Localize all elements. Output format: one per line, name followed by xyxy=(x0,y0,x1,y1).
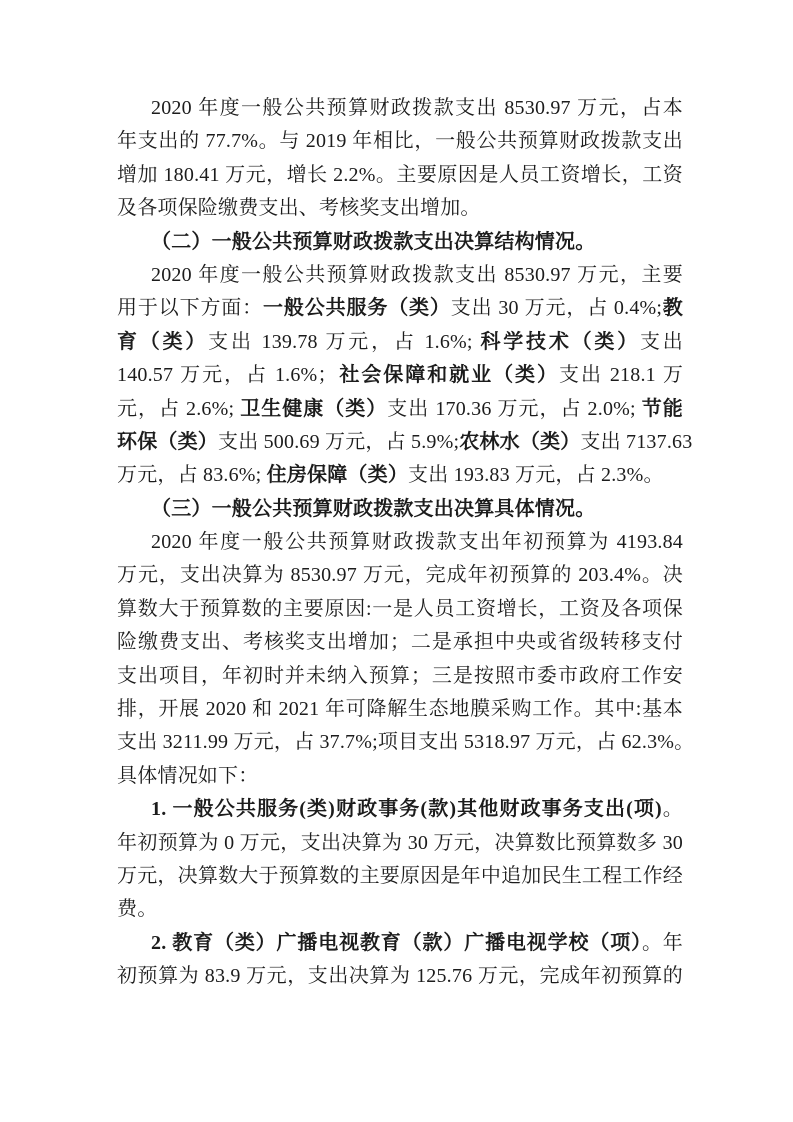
text-line: 算数大于预算数的主要原因:一是人员工资增长，工资及各项保 xyxy=(117,593,683,626)
text-line: 2. 教育（类）广播电视教育（款）广播电视学校（项）。年 xyxy=(117,927,683,960)
text-segment: 支出 xyxy=(640,331,683,353)
text-line: 增加 180.41 万元，增长 2.2%。主要原因是人员工资增长，工资 xyxy=(117,159,683,192)
text-segment: 支出 3211.99 万元，占 37.7%;项目支出 5318.97 万元，占 … xyxy=(117,731,694,753)
bold-text-segment: 农林水（类） xyxy=(459,431,580,453)
text-line: 万元，占 83.6%; 住房保障（类）支出 193.83 万元，占 2.3%。 xyxy=(117,459,683,492)
bold-text-segment: 2. 教育（类）广播电视教育（款）广播电视学校（项） xyxy=(151,932,642,954)
bold-text-segment: 节能 xyxy=(642,398,683,420)
text-line: 排，开展 2020 和 2021 年可降解生态地膜采购工作。其中:基本 xyxy=(117,693,683,726)
text-segment: 2020 年度一般公共预算财政拨款支出 8530.97 万元，占本 xyxy=(151,97,683,119)
text-segment: 2020 年度一般公共预算财政拨款支出年初预算为 4193.84 xyxy=(151,531,683,553)
text-segment: 年初预算为 0 万元，支出决算为 30 万元，决算数比预算数多 30 xyxy=(117,832,683,854)
text-segment: 支出 500.69 万元，占 5.9%; xyxy=(218,431,459,453)
text-line: 万元，决算数大于预算数的主要原因是年中追加民生工程工作经 xyxy=(117,860,683,893)
text-segment: 及各项保险缴费支出、考核奖支出增加。 xyxy=(117,197,481,219)
bold-text-segment: 卫生健康（类） xyxy=(240,398,387,420)
text-line: 万元，支出决算为 8530.97 万元，完成年初预算的 203.4%。决 xyxy=(117,559,683,592)
text-line: 2020 年度一般公共预算财政拨款支出年初预算为 4193.84 xyxy=(117,526,683,559)
text-line: 及各项保险缴费支出、考核奖支出增加。 xyxy=(117,192,683,225)
text-segment: 具体情况如下： xyxy=(117,765,258,787)
text-segment: 用于以下方面： xyxy=(117,297,263,319)
text-segment: 140.57 万元，占 1.6%； xyxy=(117,364,338,386)
text-line: 支出项目，年初时并未纳入预算；三是按照市委市政府工作安 xyxy=(117,660,683,693)
text-line: 险缴费支出、考核奖支出增加；二是承担中央或省级转移支付 xyxy=(117,626,683,659)
text-segment: 2020 年度一般公共预算财政拨款支出 8530.97 万元，主要 xyxy=(151,264,683,286)
text-segment: 支出 30 万元，占 0.4%; xyxy=(451,297,662,319)
text-segment: 万元，决算数大于预算数的主要原因是年中追加民生工程工作经 xyxy=(117,865,683,887)
text-line: 元，占 2.6%; 卫生健康（类）支出 170.36 万元，占 2.0%; 节能 xyxy=(117,393,683,426)
document-text-block: 2020 年度一般公共预算财政拨款支出 8530.97 万元，占本年支出的 77… xyxy=(117,92,683,994)
text-line: （三）一般公共预算财政拨款支出决算具体情况。 xyxy=(117,493,683,526)
bold-text-segment: 1. 一般公共服务(类)财政事务(款)其他财政事务支出(项) xyxy=(151,798,662,820)
text-segment: 支出 139.78 万元，占 1.6%; xyxy=(208,331,480,353)
bold-text-segment: 育（类） xyxy=(117,331,208,353)
text-line: 140.57 万元，占 1.6%；社会保障和就业（类）支出 218.1 万 xyxy=(117,359,683,392)
text-segment: 险缴费支出、考核奖支出增加；二是承担中央或省级转移支付 xyxy=(117,631,683,653)
text-line: 用于以下方面：一般公共服务（类）支出 30 万元，占 0.4%;教 xyxy=(117,292,683,325)
text-segment: 支出 218.1 万 xyxy=(559,364,683,386)
text-segment: 排，开展 2020 和 2021 年可降解生态地膜采购工作。其中:基本 xyxy=(117,698,683,720)
text-segment: 支出 7137.63 xyxy=(580,431,692,453)
document-page: 2020 年度一般公共预算财政拨款支出 8530.97 万元，占本年支出的 77… xyxy=(0,0,793,1122)
text-segment: 支出 170.36 万元，占 2.0%; xyxy=(387,398,641,420)
text-line: 育（类）支出 139.78 万元，占 1.6%; 科学技术（类）支出 xyxy=(117,326,683,359)
text-segment: 初预算为 83.9 万元，支出决算为 125.76 万元，完成年初预算的 xyxy=(117,965,683,987)
bold-text-segment: 住房保障（类） xyxy=(267,464,408,486)
text-line: 年初预算为 0 万元，支出决算为 30 万元，决算数比预算数多 30 xyxy=(117,827,683,860)
bold-text-segment: 教 xyxy=(662,297,683,319)
text-line: 具体情况如下： xyxy=(117,760,683,793)
bold-text-segment: 环保（类） xyxy=(117,431,218,453)
text-segment: 。 xyxy=(662,798,683,820)
text-line: 支出 3211.99 万元，占 37.7%;项目支出 5318.97 万元，占 … xyxy=(117,726,683,759)
text-line: 1. 一般公共服务(类)财政事务(款)其他财政事务支出(项)。 xyxy=(117,793,683,826)
text-segment: 算数大于预算数的主要原因:一是人员工资增长，工资及各项保 xyxy=(117,598,683,620)
text-line: 初预算为 83.9 万元，支出决算为 125.76 万元，完成年初预算的 xyxy=(117,960,683,993)
text-segment: 年支出的 77.7%。与 2019 年相比，一般公共预算财政拨款支出 xyxy=(117,130,683,152)
text-segment: 元，占 2.6%; xyxy=(117,398,240,420)
text-segment: 支出项目，年初时并未纳入预算；三是按照市委市政府工作安 xyxy=(117,665,683,687)
text-line: 费。 xyxy=(117,893,683,926)
text-segment: 万元，支出决算为 8530.97 万元，完成年初预算的 203.4%。决 xyxy=(117,564,683,586)
text-line: 2020 年度一般公共预算财政拨款支出 8530.97 万元，占本 xyxy=(117,92,683,125)
text-segment: 。年 xyxy=(642,932,683,954)
text-segment: 万元，占 83.6%; xyxy=(117,464,267,486)
bold-text-segment: （二）一般公共预算财政拨款支出决算结构情况。 xyxy=(151,231,595,253)
bold-text-segment: 科学技术（类） xyxy=(480,331,640,353)
text-line: 年支出的 77.7%。与 2019 年相比，一般公共预算财政拨款支出 xyxy=(117,125,683,158)
text-line: （二）一般公共预算财政拨款支出决算结构情况。 xyxy=(117,226,683,259)
text-segment: 费。 xyxy=(117,898,157,920)
text-segment: 增加 180.41 万元，增长 2.2%。主要原因是人员工资增长，工资 xyxy=(117,164,683,186)
text-segment: 支出 193.83 万元，占 2.3%。 xyxy=(408,464,664,486)
bold-text-segment: 一般公共服务（类） xyxy=(263,297,451,319)
text-line: 环保（类）支出 500.69 万元，占 5.9%;农林水（类）支出 7137.6… xyxy=(117,426,683,459)
text-line: 2020 年度一般公共预算财政拨款支出 8530.97 万元，主要 xyxy=(117,259,683,292)
bold-text-segment: （三）一般公共预算财政拨款支出决算具体情况。 xyxy=(151,498,595,520)
bold-text-segment: 社会保障和就业（类） xyxy=(338,364,559,386)
